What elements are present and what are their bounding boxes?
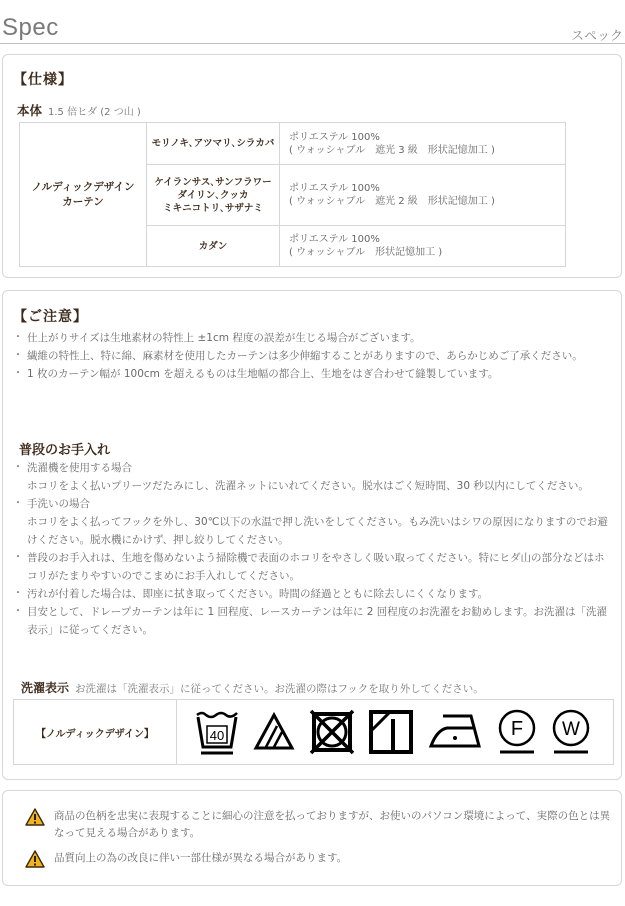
wash-label: 洗濯表示お洗濯は「洗濯表示」に従ってください。お洗濯の際はフックを取り外してくだ… bbox=[21, 679, 484, 696]
wash-product-name: 【ノルディックデザイン】 bbox=[14, 700, 177, 764]
list-item: 目安として、ドレープカーテンは年に 1 回程度、レースカーテンは年に 2 回程度… bbox=[17, 603, 613, 639]
iron-low-icon bbox=[427, 712, 483, 752]
care-list: 洗濯機を使用する場合 ホコリをよく払いプリーツだたみにし、洗濯ネットにいれてくだ… bbox=[17, 459, 617, 639]
material-cell: ポリエステル 100% ( ウォッシャブル 形状記憶加工 ) bbox=[280, 226, 566, 267]
wet-clean-w-mild-icon: W bbox=[551, 709, 591, 755]
caution-section-title: 【ご注意】 bbox=[13, 306, 88, 326]
warning-icon bbox=[25, 850, 45, 868]
material-cell: ポリエステル 100% ( ウォッシャブル 遮光 2 級 形状記憶加工 ) bbox=[280, 165, 566, 226]
list-item: 1 枚のカーテン幅が 100cm を超えるものは生地幅の都合上、生地をはぎ合わせ… bbox=[17, 365, 617, 383]
material-line: ポリエステル 100% bbox=[289, 182, 565, 195]
spec-table: ノルディックデザイン カーテン モリノキ､アツマリ､シラカバ ポリエステル 10… bbox=[19, 122, 566, 267]
body-label-value: 1.5 倍ヒダ (2 つ山 ) bbox=[48, 107, 141, 118]
warning-text: 品質向上の為の改良に伴い一部仕様が異なる場合があります。 bbox=[54, 850, 614, 867]
wash-40-gentle-icon: 40 bbox=[195, 709, 239, 755]
variant-cell: カダン bbox=[147, 226, 280, 267]
warning-icon bbox=[25, 808, 45, 826]
variant-cell: モリノキ､アツマリ､シラカバ bbox=[147, 123, 280, 165]
page-title: Spec bbox=[2, 14, 59, 42]
caution-list: 仕上がりサイズは生地素材の特性上 ±1cm 程度の誤差が生じる場合がございます。… bbox=[17, 329, 617, 383]
variant-cell: ケイランサス､サンフラワー ダイリン､クッカ ミキニコトリ､サザナミ bbox=[147, 165, 280, 226]
list-item: 汚れが付着した場合は、即座に拭き取ってください。時間の経過とともに除去しにくくな… bbox=[17, 585, 617, 603]
wash-label-key: 洗濯表示 bbox=[21, 681, 69, 695]
bleach-oxygen-only-icon bbox=[253, 712, 295, 752]
warning-text: 商品の色柄を忠実に表現することに細心の注意を払っておりますが、お使いのパソコン環… bbox=[54, 808, 614, 842]
variant-line: ダイリン､クッカ bbox=[147, 189, 279, 202]
material-cell: ポリエステル 100% ( ウォッシャブル 遮光 3 級 形状記憶加工 ) bbox=[280, 123, 566, 165]
svg-text:F: F bbox=[511, 718, 523, 740]
material-line: ポリエステル 100% bbox=[289, 233, 565, 246]
list-item-detail: ホコリをよく払いプリーツだたみにし、洗濯ネットにいれてください。脱水はごく短時間… bbox=[17, 477, 617, 495]
material-line: ( ウォッシャブル 形状記憶加工 ) bbox=[289, 246, 565, 259]
table-row: ノルディックデザイン カーテン モリノキ､アツマリ､シラカバ ポリエステル 10… bbox=[20, 123, 566, 165]
material-line: ( ウォッシャブル 遮光 3 級 形状記憶加工 ) bbox=[289, 144, 565, 157]
page-subtitle: スペック bbox=[571, 25, 623, 44]
spec-panel: 【仕様】 本体1.5 倍ヒダ (2 つ山 ) ノルディックデザイン カーテン モ… bbox=[2, 54, 622, 278]
dry-clean-f-mild-icon: F bbox=[497, 709, 537, 755]
variant-line: ミキニコトリ､サザナミ bbox=[147, 202, 279, 215]
wash-label-note: お洗濯は「洗濯表示」に従ってください。お洗濯の際はフックを取り外してください。 bbox=[75, 683, 484, 695]
svg-text:W: W bbox=[562, 719, 580, 740]
caution-panel: 【ご注意】 仕上がりサイズは生地素材の特性上 ±1cm 程度の誤差が生じる場合が… bbox=[2, 290, 622, 780]
model-cell: ノルディックデザイン カーテン bbox=[20, 123, 147, 267]
no-tumble-dry-icon bbox=[309, 709, 355, 755]
wash-symbols: 40 bbox=[177, 700, 613, 764]
wash-table: 【ノルディックデザイン】 40 bbox=[13, 699, 614, 765]
warning-item: 品質向上の為の改良に伴い一部仕様が異なる場合があります。 bbox=[25, 850, 614, 867]
list-item: 手洗いの場合 bbox=[17, 495, 617, 513]
body-label: 本体1.5 倍ヒダ (2 つ山 ) bbox=[17, 101, 141, 119]
list-item: 洗濯機を使用する場合 bbox=[17, 459, 617, 477]
material-line: ( ウォッシャブル 遮光 2 級 形状記憶加工 ) bbox=[289, 195, 565, 208]
variant-line: カダン bbox=[147, 240, 279, 253]
list-item: 仕上がりサイズは生地素材の特性上 ±1cm 程度の誤差が生じる場合がございます。 bbox=[17, 329, 617, 347]
model-line: カーテン bbox=[20, 195, 146, 210]
variant-line: ケイランサス､サンフラワー bbox=[147, 176, 279, 189]
model-line: ノルディックデザイン bbox=[20, 180, 146, 195]
list-item: 繊維の特性上、特に綿、麻素材を使用したカーテンは多少伸縮することがありますので、… bbox=[17, 347, 613, 365]
material-line: ポリエステル 100% bbox=[289, 131, 565, 144]
spec-section-title: 【仕様】 bbox=[13, 69, 73, 89]
page-header: Spec スペック bbox=[0, 0, 625, 44]
list-item: 普段のお手入れは、生地を傷めないよう掃除機で表面のホコリをやさしく吸い取ってくだ… bbox=[17, 549, 613, 585]
warning-panel: 商品の色柄を忠実に表現することに細心の注意を払っておりますが、お使いのパソコン環… bbox=[2, 790, 622, 886]
body-label-key: 本体 bbox=[17, 103, 42, 118]
list-item-detail: ホコリをよく払ってフックを外し、30℃以下の水温で押し洗いをしてください。もみ洗… bbox=[17, 513, 613, 549]
care-title: 普段のお手入れ bbox=[19, 439, 110, 458]
svg-text:40: 40 bbox=[210, 728, 224, 743]
line-dry-shade-drip-icon bbox=[369, 710, 413, 754]
warning-item: 商品の色柄を忠実に表現することに細心の注意を払っておりますが、お使いのパソコン環… bbox=[25, 808, 614, 842]
variant-line: モリノキ､アツマリ､シラカバ bbox=[147, 137, 279, 150]
